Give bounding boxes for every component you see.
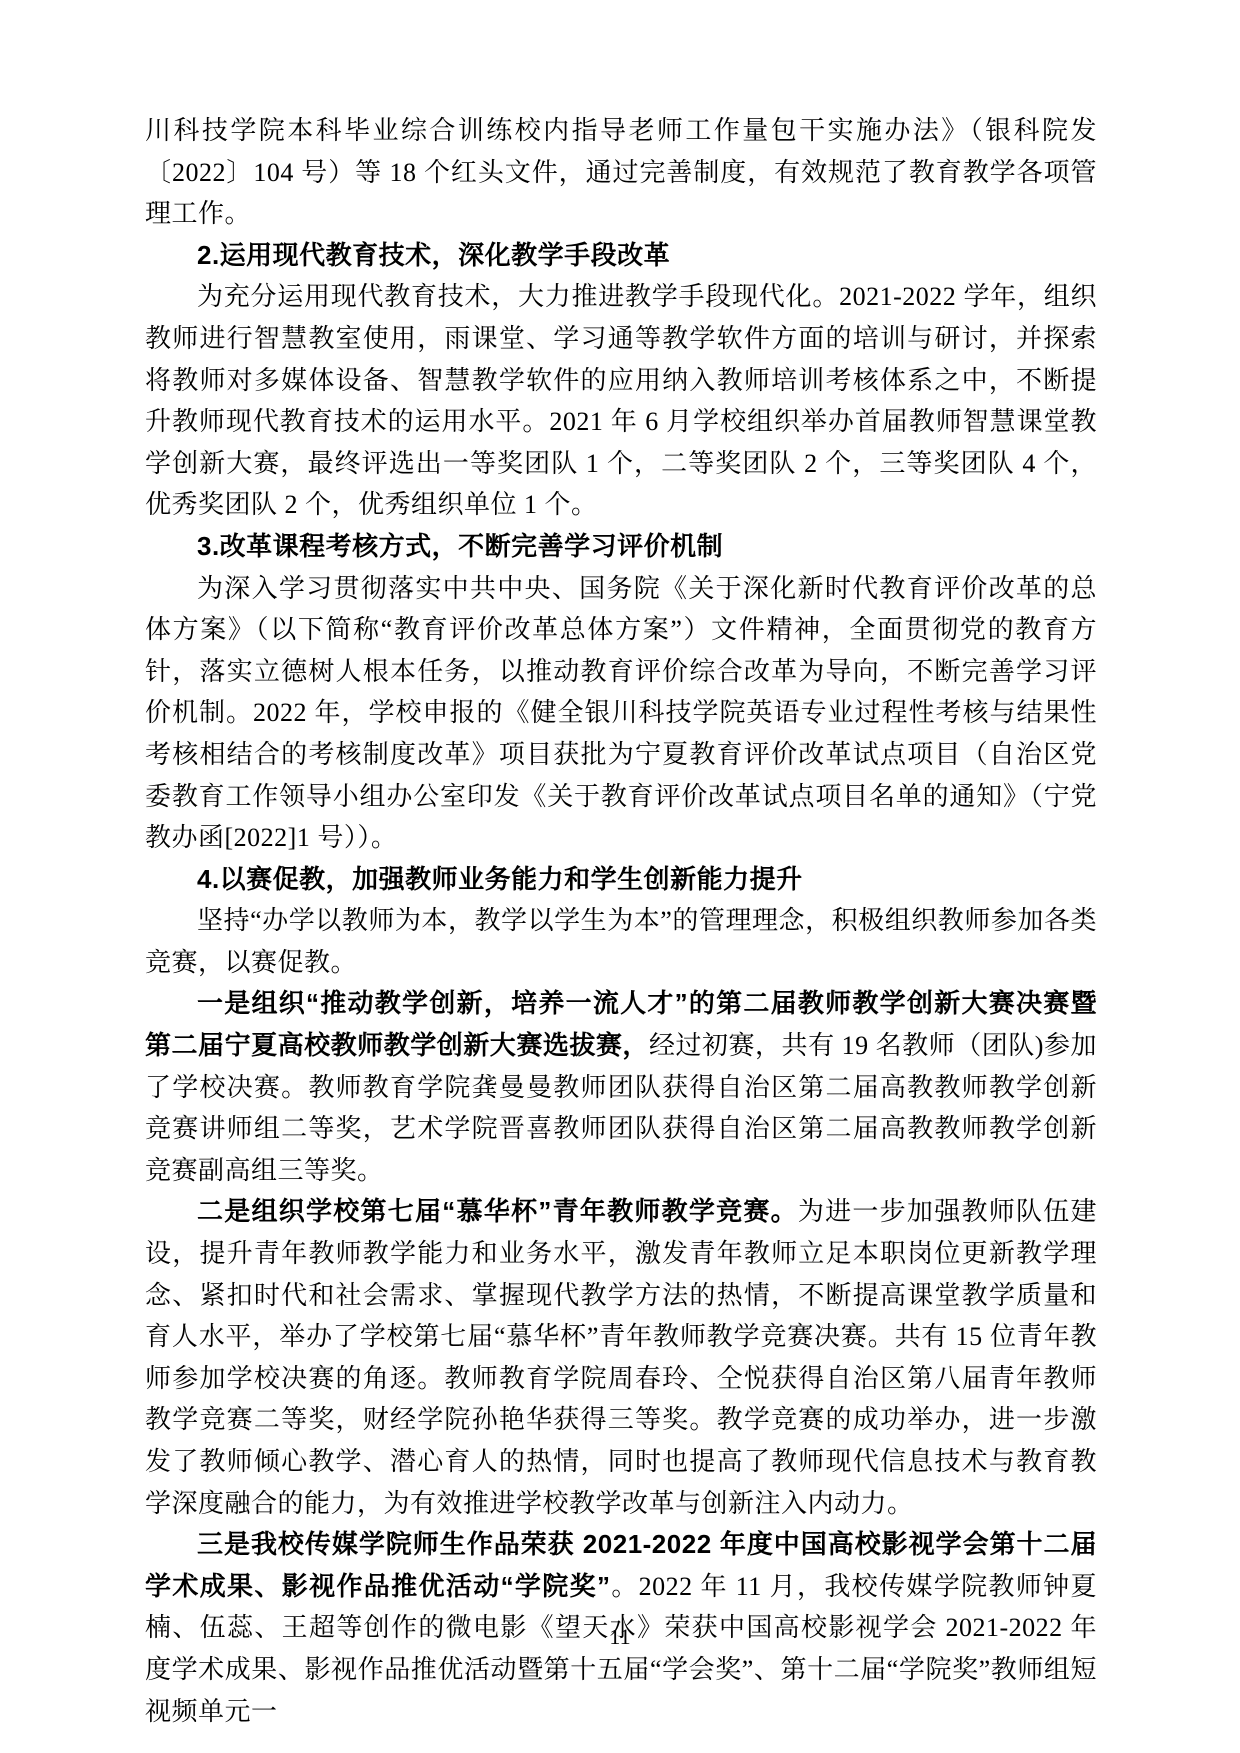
paragraph-body-text: 为进一步加强教师队伍建设，提升青年教师教学能力和业务水平，激发青年教师立足本职岗… [145, 1197, 1097, 1517]
document-page: 川科技学院本科毕业综合训练校内指导老师工作量包干实施办法》（银科院发〔2022〕… [0, 0, 1240, 1753]
section-heading-4: 4.以赛促教，加强教师业务能力和学生创新能力提升 [145, 859, 1097, 901]
paragraph: 为充分运用现代教育技术，大力推进教学手段现代化。2021-2022 学年，组织教… [145, 276, 1097, 526]
section-heading-3: 3.改革课程考核方式，不断完善学习评价机制 [145, 526, 1097, 568]
paragraph-second-item: 二是组织学校第七届“慕华杯”青年教师教学竞赛。为进一步加强教师队伍建设，提升青年… [145, 1191, 1097, 1524]
paragraph: 为深入学习贯彻落实中共中央、国务院《关于深化新时代教育评价改革的总体方案》（以下… [145, 568, 1097, 859]
paragraph-bold-lead: 二是组织学校第七届“慕华杯”青年教师教学竞赛。 [197, 1196, 798, 1226]
paragraph: 坚持“办学以教师为本，教学以学生为本”的管理理念，积极组织教师参加各类竞赛，以赛… [145, 900, 1097, 983]
paragraph-continuation: 川科技学院本科毕业综合训练校内指导老师工作量包干实施办法》（银科院发〔2022〕… [145, 110, 1097, 235]
page-number: 11 [0, 1622, 1240, 1652]
section-heading-2: 2.运用现代教育技术，深化教学手段改革 [145, 235, 1097, 277]
paragraph-first-item: 一是组织“推动教学创新，培养一流人才”的第二届教师教学创新大赛决赛暨第二届宁夏高… [145, 983, 1097, 1191]
page-content: 川科技学院本科毕业综合训练校内指导老师工作量包干实施办法》（银科院发〔2022〕… [145, 110, 1097, 1732]
